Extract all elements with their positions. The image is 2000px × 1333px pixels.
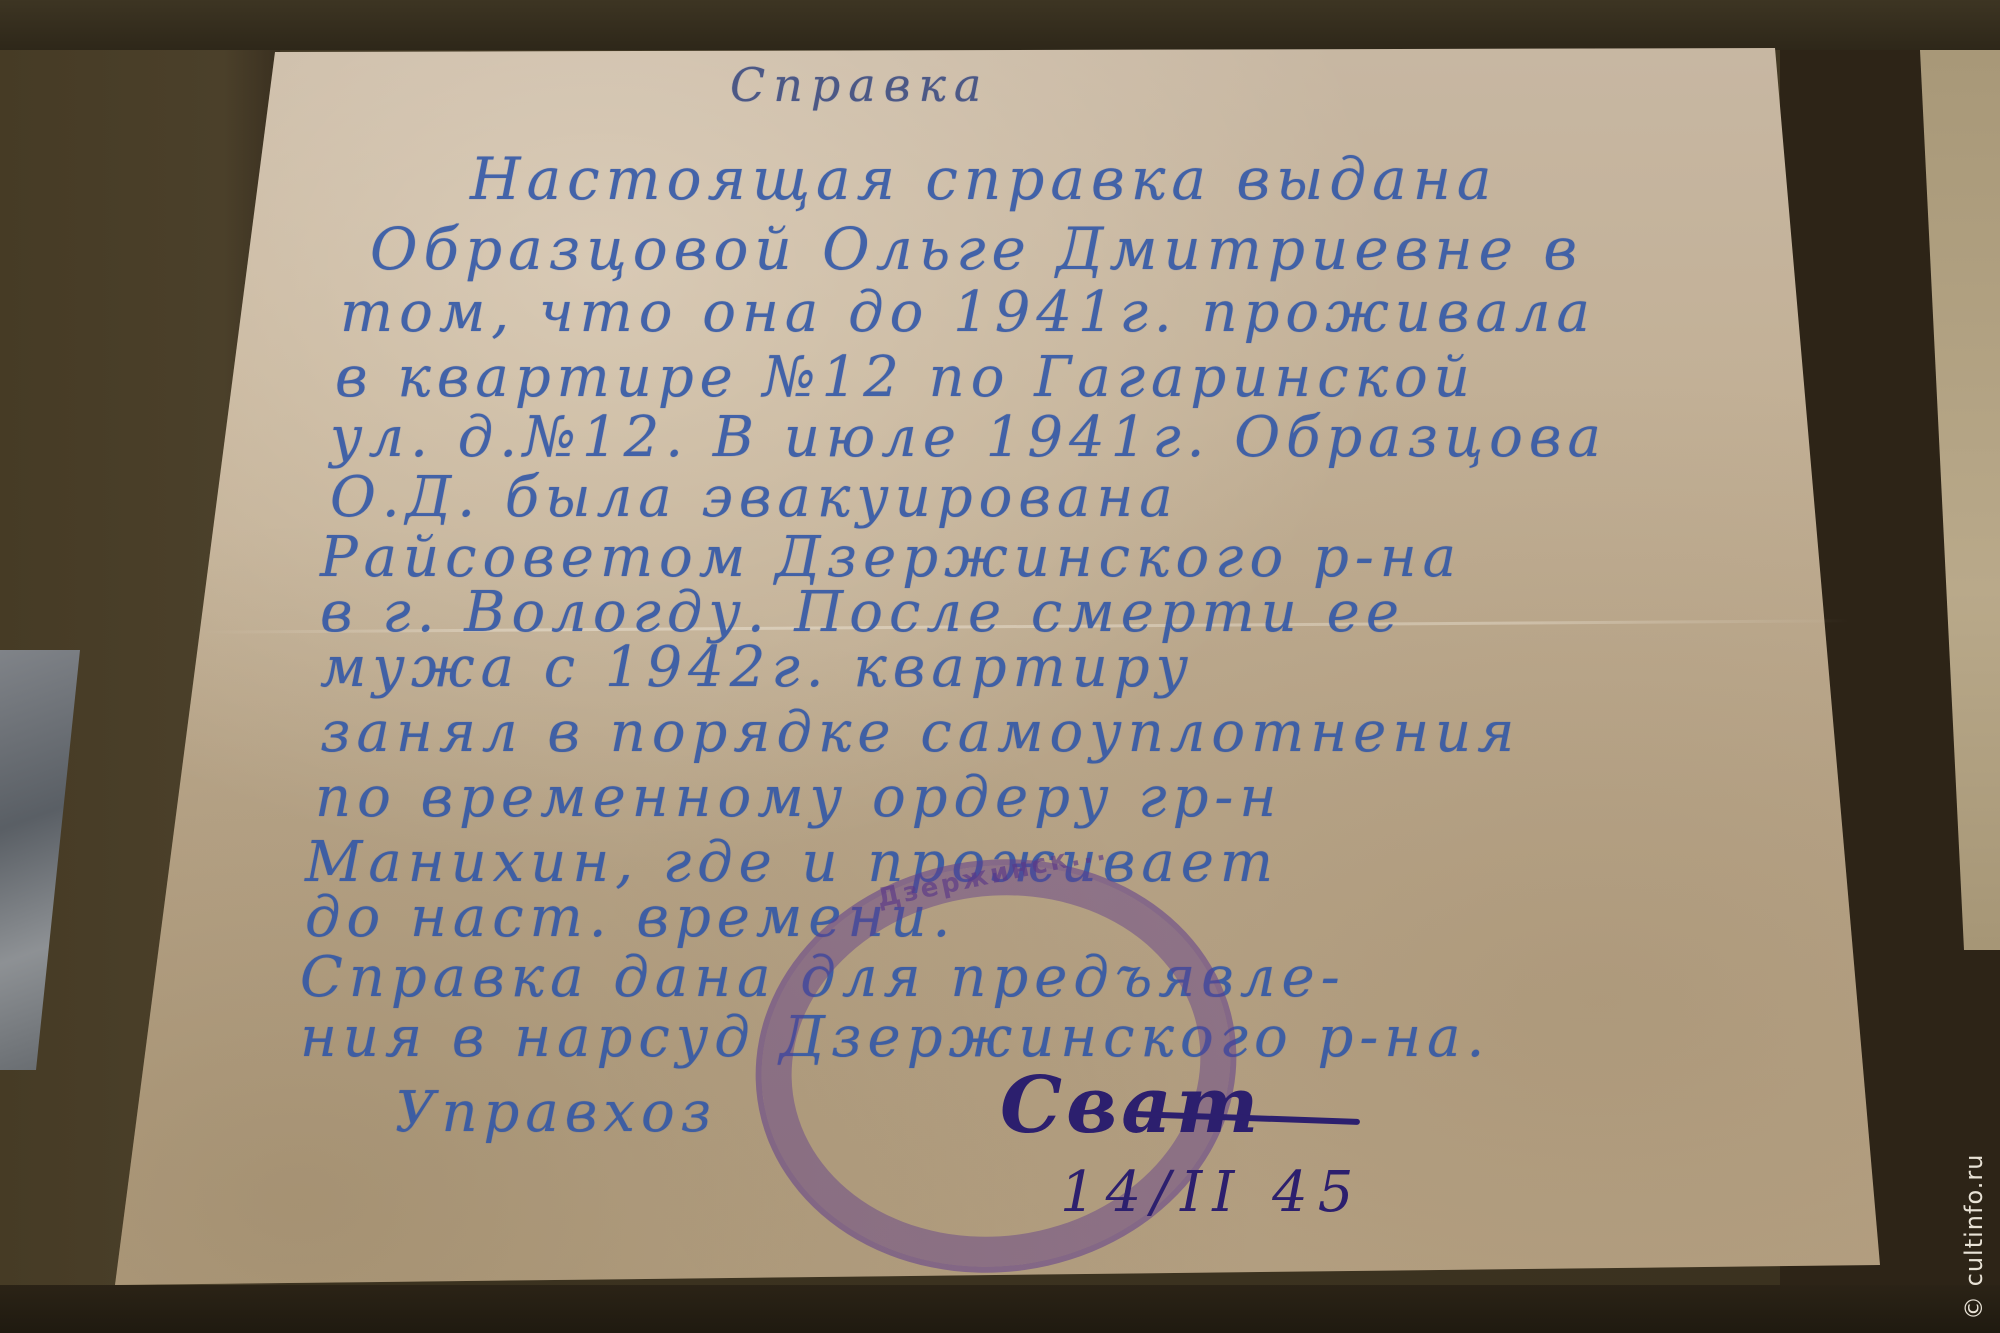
document-title: Справка bbox=[730, 58, 989, 112]
display-case-bottom bbox=[0, 1285, 2000, 1333]
document-line: том, что она до 1941г. проживала bbox=[340, 280, 1596, 345]
signature-date: 14/II 45 bbox=[1060, 1160, 1363, 1225]
signature-label: Управхоз bbox=[395, 1080, 717, 1145]
document-line: занял в порядке самоуплотнения bbox=[320, 700, 1520, 765]
photo-scene: Справка Настоящая справка выдана Образцо… bbox=[0, 0, 2000, 1333]
document-line: Образцовой Ольге Дмитриевне в bbox=[370, 215, 1583, 283]
document-line: мужа с 1942г. квартиру bbox=[320, 635, 1194, 700]
document-line: по временному ордеру гр-н bbox=[315, 765, 1282, 830]
document-line: Настоящая справка выдана bbox=[470, 145, 1498, 213]
document-line: ул. д.№12. В июле 1941г. Образцова bbox=[330, 405, 1607, 470]
document-line: в квартире №12 по Гагаринской bbox=[335, 345, 1476, 410]
signature: Сват bbox=[1000, 1060, 1262, 1151]
document-line: О.Д. была эвакуирована bbox=[330, 465, 1179, 530]
copyright-watermark: © cultinfo.ru bbox=[1960, 1154, 1988, 1320]
display-case-top bbox=[0, 0, 2000, 50]
